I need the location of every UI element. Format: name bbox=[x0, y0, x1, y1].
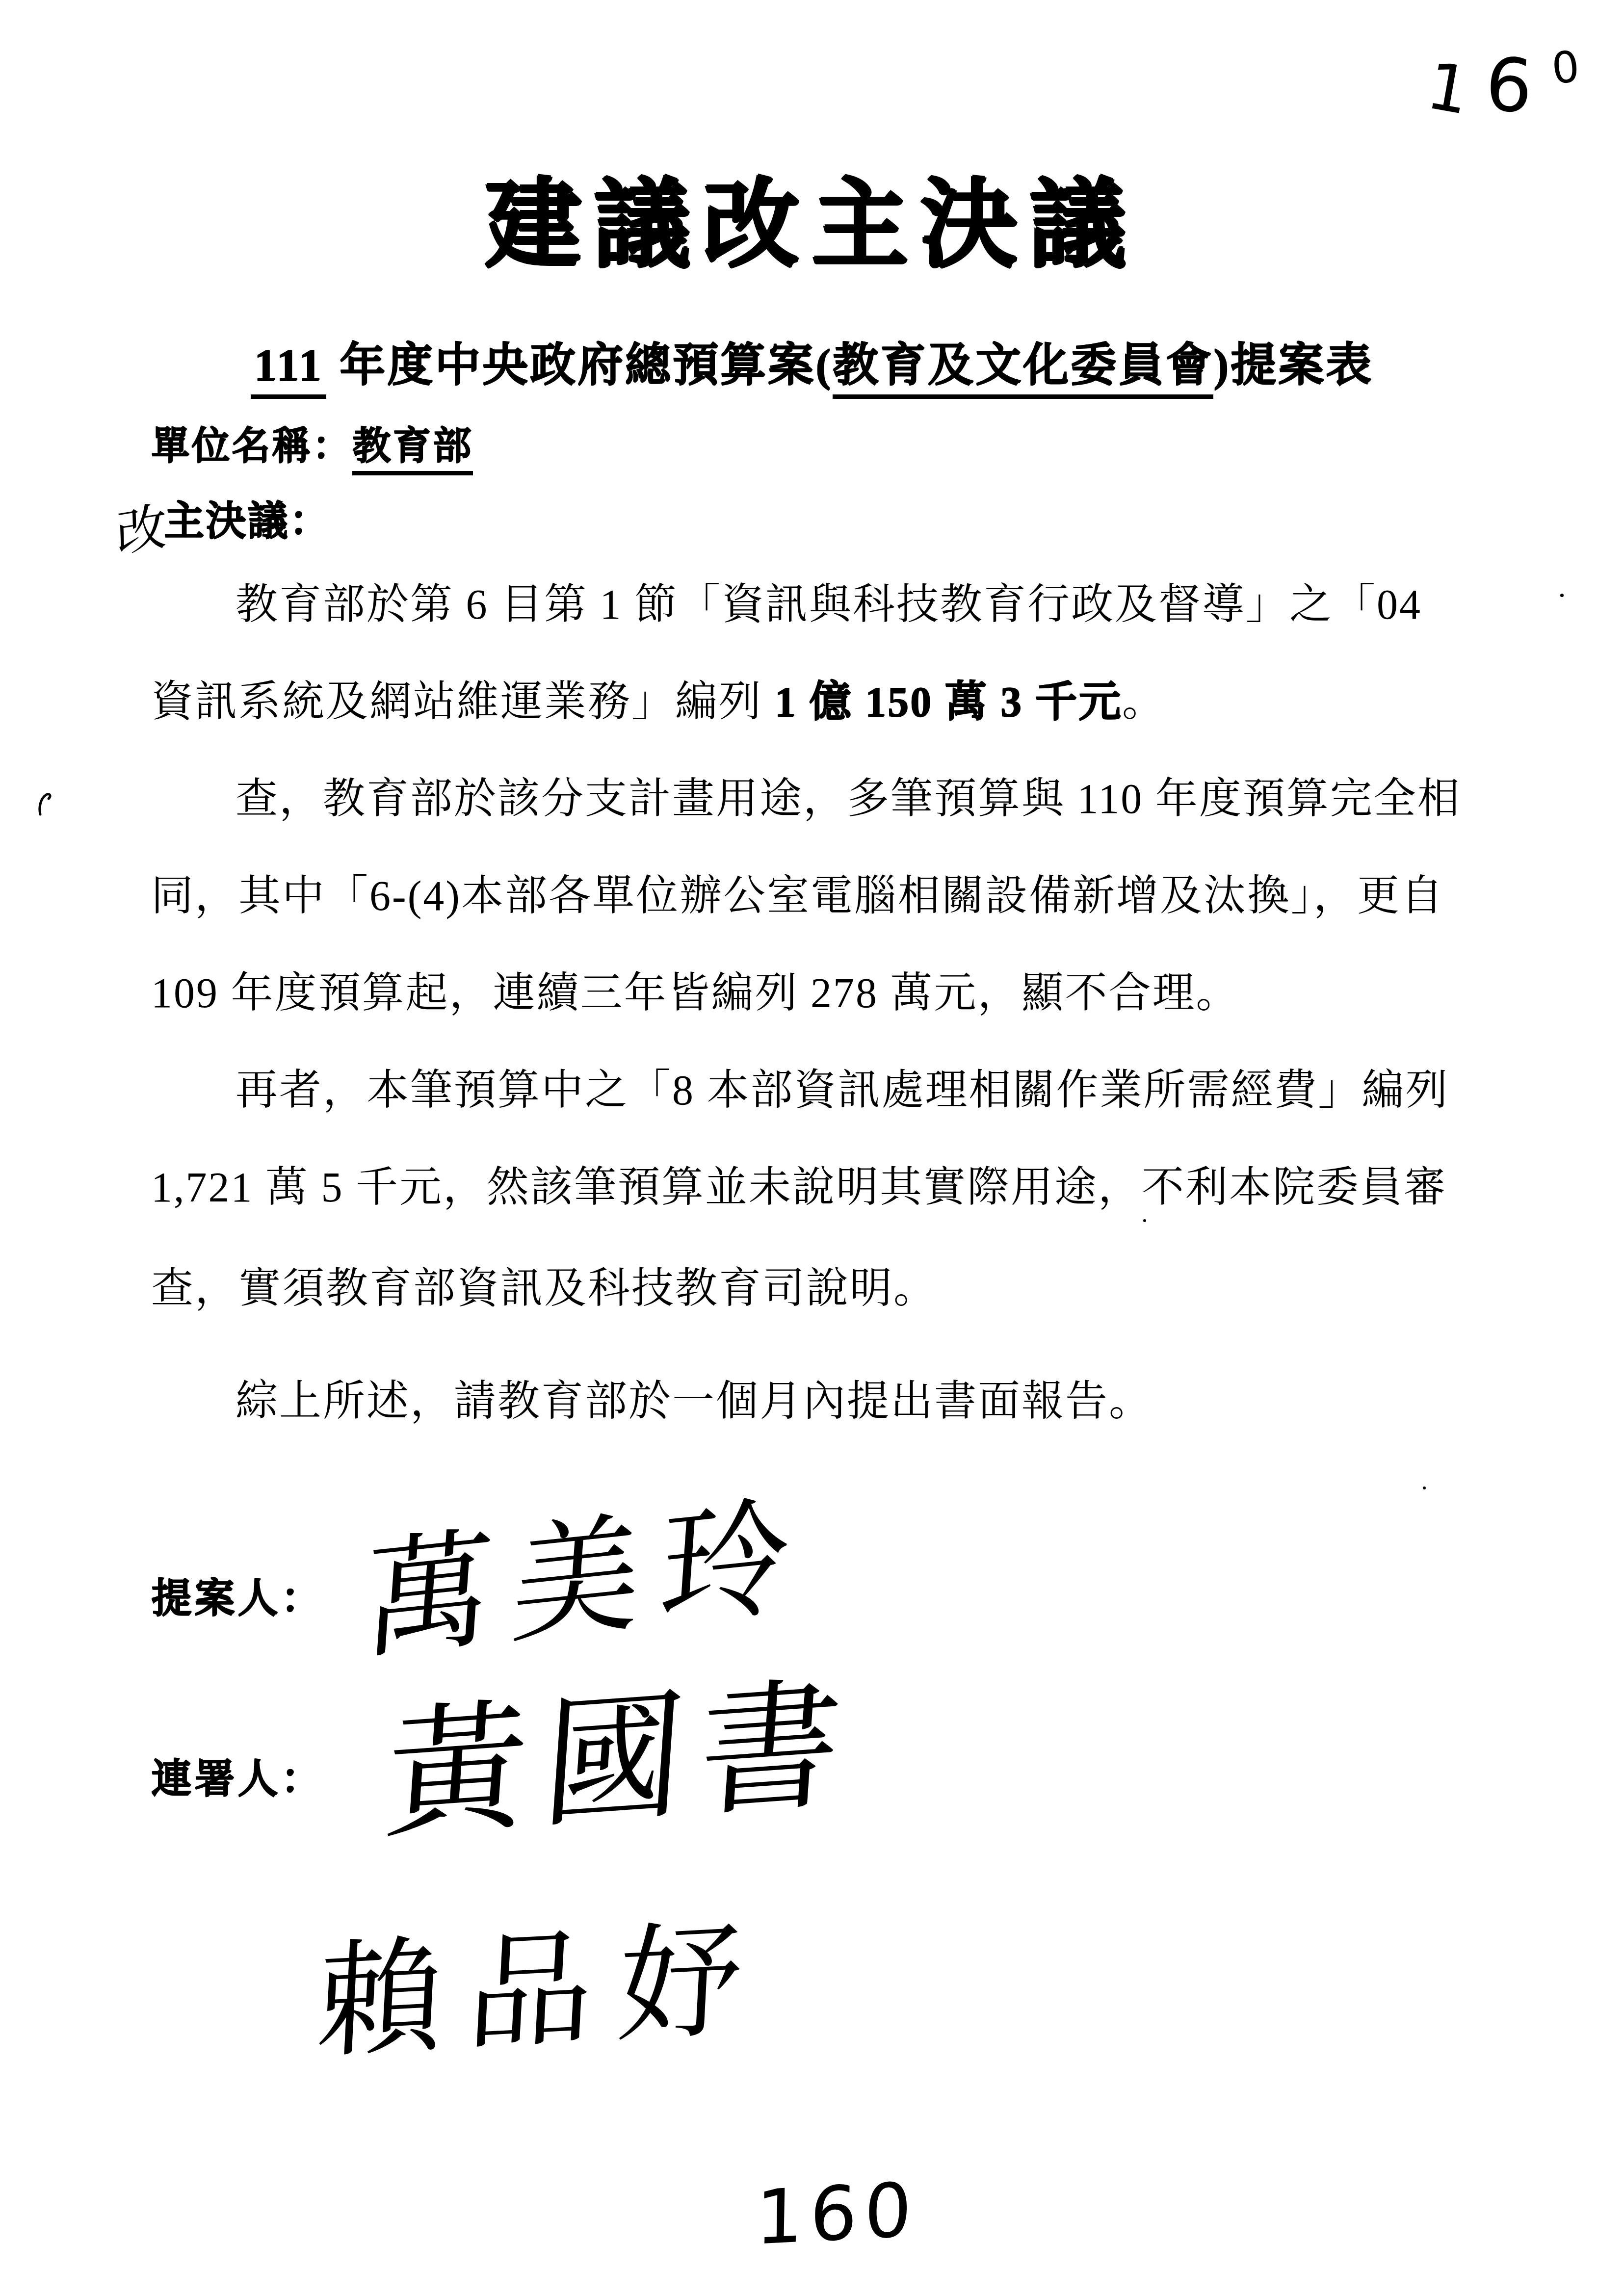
scanned-document-page: 160 建議改主決議 111 年度中央政府總預算案(教育及文化委員會)提案表 單… bbox=[0, 0, 1624, 2296]
scan-speck bbox=[1143, 1219, 1146, 1222]
document-subtitle: 111 年度中央政府總預算案(教育及文化委員會)提案表 bbox=[0, 328, 1624, 393]
unit-name-label: 單位名稱： bbox=[151, 424, 352, 467]
subtitle-tail: )提案表 bbox=[1213, 340, 1373, 391]
handwritten-page-number-top: 160 bbox=[1428, 43, 1579, 129]
unit-name-line: 單位名稱：教育部 bbox=[151, 415, 473, 470]
scan-speck bbox=[1560, 594, 1564, 597]
cosigner-signature-1: 黃國書 bbox=[380, 1629, 864, 1866]
proposer-label: 提案人： bbox=[151, 1566, 324, 1623]
document-title: 建議改主決議 bbox=[0, 173, 1624, 279]
body-text: 。 bbox=[1122, 678, 1166, 725]
scan-speck bbox=[1423, 1487, 1426, 1489]
page-number-digit: 6 bbox=[1483, 42, 1535, 130]
resolution-heading: 改主決議： bbox=[116, 489, 331, 562]
page-number-digit: 0 bbox=[1549, 41, 1582, 94]
body-line-p4-l1: 綜上所述，請教育部於一個月內提出書面報告。 bbox=[151, 1367, 1590, 1428]
body-line-p3-l1: 再者，本筆預算中之「8 本部資訊處理相關作業所需經費」編列 bbox=[151, 1056, 1590, 1117]
body-line-p3-l3: 查，實須教育部資訊及科技教育司說明。 bbox=[151, 1254, 1505, 1315]
body-line-p2-l2: 同，其中「6-(4)本部各單位辦公室電腦相關設備新增及汰換」，更自 bbox=[151, 861, 1505, 922]
resolution-heading-label: 主決議： bbox=[164, 498, 331, 543]
body-text: 資訊系統及網站維運業務」編列 bbox=[151, 678, 775, 725]
budget-amount-total: 1 億 150 萬 3 千元 bbox=[775, 678, 1123, 725]
stray-scan-mark bbox=[36, 791, 56, 818]
body-line-p3-l2: 1,721 萬 5 千元，然該筆預算並未說明其實際用途，不利本院委員審 bbox=[151, 1153, 1505, 1214]
handwritten-char-gai: 改 bbox=[115, 484, 168, 566]
committee-name: 教育及文化委員會 bbox=[833, 340, 1213, 399]
cosigner-signature-2: 賴品妤 bbox=[314, 1878, 773, 2083]
body-line-p2-l3: 109 年度預算起，連續三年皆編列 278 萬元，顯不合理。 bbox=[151, 959, 1505, 1019]
body-line-p1-l2: 資訊系統及網站維運業務」編列 1 億 150 萬 3 千元。 bbox=[151, 667, 1505, 728]
cosigner-label: 連署人： bbox=[151, 1747, 324, 1804]
unit-name-value: 教育部 bbox=[352, 424, 473, 475]
budget-year: 111 bbox=[251, 340, 326, 399]
page-number-digit: 1 bbox=[1421, 48, 1475, 130]
body-line-p1-l1: 教育部於第 6 目第 1 節「資訊與科技教育行政及督導」之「04 bbox=[151, 570, 1590, 631]
handwritten-page-number-bottom: 160 bbox=[755, 2166, 919, 2262]
subtitle-text: 年度中央政府總預算案( bbox=[326, 340, 833, 391]
body-line-p2-l1: 查，教育部於該分支計畫用途，多筆預算與 110 年度預算完全相 bbox=[151, 764, 1590, 825]
